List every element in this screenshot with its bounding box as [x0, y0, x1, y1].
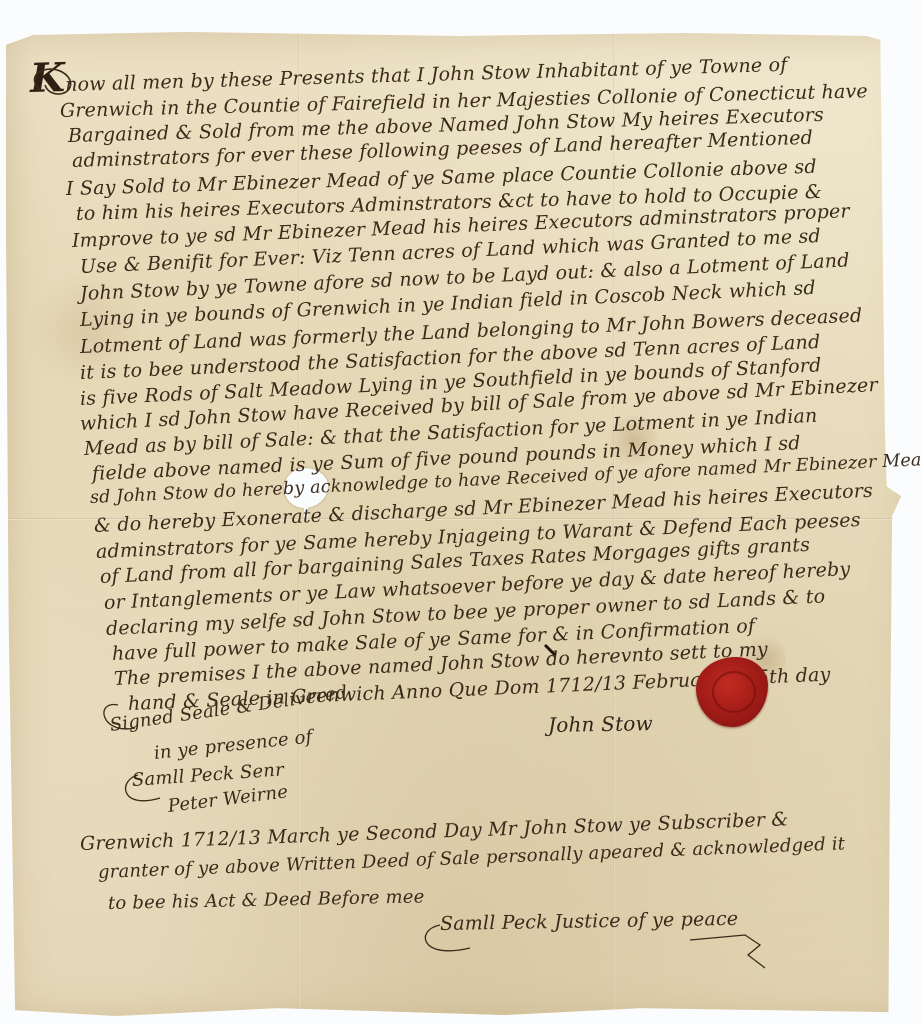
initial-flourish	[34, 69, 70, 94]
pen-flourishes	[0, 0, 922, 1024]
samll-flourish	[126, 775, 160, 801]
justice-flourish	[425, 925, 470, 951]
witness-flourish	[104, 705, 135, 729]
justice-paraph	[690, 935, 765, 968]
ink-blot	[545, 645, 555, 655]
